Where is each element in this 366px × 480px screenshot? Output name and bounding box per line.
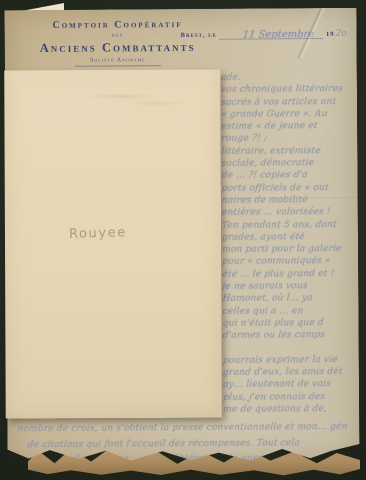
handwritten-line: me de questions à de, bbox=[223, 403, 356, 416]
handwritten-line: pour « communiqués » bbox=[222, 255, 355, 268]
handwritten-line: Hamonet, où l… ya bbox=[222, 292, 355, 305]
handwritten-line: Ten pendant 5 ans, dont bbox=[221, 218, 354, 231]
handwritten-line: « grande Guerre ». Au bbox=[221, 108, 354, 121]
handwritten-line: ay… lieutenant de vais bbox=[222, 378, 355, 391]
handwritten-line bbox=[222, 341, 355, 354]
handwritten-line: d'armes ou les camps bbox=[222, 329, 355, 342]
handwritten-line: celles qui a … en bbox=[222, 304, 355, 317]
letter-body-column: ade.vos chroniques littérairessacrés à v… bbox=[221, 71, 355, 416]
handwritten-line: plus, j'en connais des bbox=[223, 391, 356, 404]
handwritten-line: entières … valorisées ! bbox=[221, 206, 354, 219]
letterhead-company-line3: Anciens Combattants bbox=[29, 40, 207, 56]
letterhead-rule bbox=[75, 65, 161, 67]
handwritten-line: pourrais exprimer la vie bbox=[222, 354, 355, 367]
pencil-annotation: Rouyee bbox=[69, 225, 127, 242]
handwritten-line: de … ?! copies d'a bbox=[221, 169, 354, 182]
letterhead-subtitle: Société Anonyme bbox=[29, 57, 207, 64]
handwritten-line: littéraire, extrémiste bbox=[221, 145, 354, 158]
dateline-dotted-rule: 11 Septembre bbox=[220, 26, 323, 40]
overlay-sheet: Rouyee bbox=[4, 70, 222, 419]
year-printed: 19 bbox=[326, 31, 335, 39]
handwritten-line: sacrés à vos articles ont bbox=[221, 95, 354, 108]
place-label: Brest, le bbox=[181, 32, 217, 40]
handwritten-line: été … le plus grand et ! bbox=[222, 268, 355, 281]
scan-background: Comptoir Coopératif des Anciens Combatta… bbox=[0, 0, 366, 480]
handwritten-date: 11 Septembre bbox=[242, 29, 315, 41]
dateline: Brest, le 11 Septembre 19 2o bbox=[181, 26, 347, 40]
handwritten-line: nombre de croix, un s'obtient la presse … bbox=[17, 420, 357, 438]
handwritten-line: rouge ?! ; bbox=[221, 132, 354, 145]
handwritten-year: 2o bbox=[335, 29, 347, 39]
handwritten-line: grades, ayant été bbox=[221, 231, 354, 244]
handwritten-line: ports officiels de « out bbox=[221, 181, 354, 194]
handwritten-line: vos chroniques littéraires bbox=[221, 83, 354, 96]
